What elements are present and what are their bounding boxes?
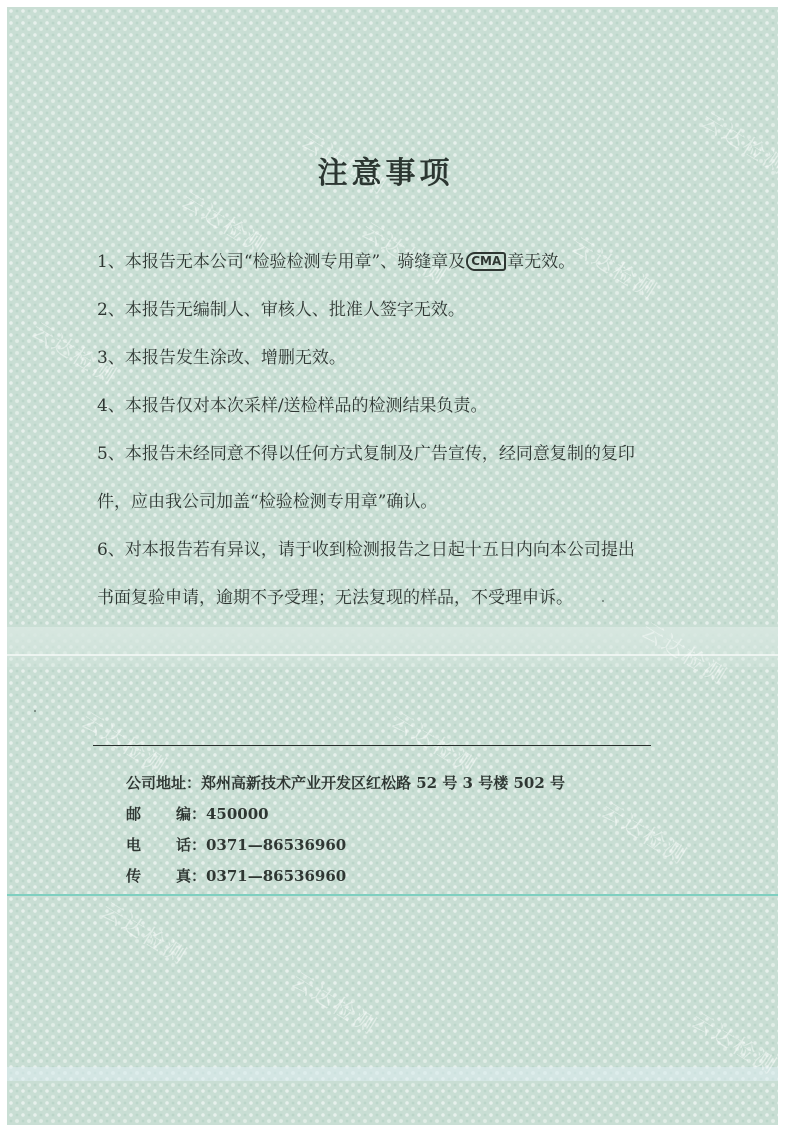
note-item-2: 2、本报告无编制人、审核人、批准人签字无效。: [97, 286, 717, 334]
paper-band: [7, 654, 778, 656]
fax-row: 传 真： 0371—86536960: [126, 865, 565, 896]
address-row: 公司地址： 郑州高新技术产业开发区红松路 52 号 3 号楼 502 号: [126, 772, 565, 803]
note-number: 3、: [97, 348, 125, 368]
paper-band: [7, 1067, 778, 1081]
watermark: 云达检测: [636, 614, 734, 691]
note-number: 2、: [97, 300, 125, 320]
watermark: 云达检测: [686, 1004, 778, 1081]
note-text: 本报告仅对本次采样/送检样品的检测结果负责。: [125, 396, 488, 416]
contact-block: 公司地址： 郑州高新技术产业开发区红松路 52 号 3 号楼 502 号 邮 编…: [126, 772, 565, 896]
phone-label-part: 话：: [176, 834, 206, 865]
note-number: 4、: [97, 396, 125, 416]
phone-value: 0371—86536960: [206, 834, 346, 865]
note-number: 1、: [97, 252, 125, 272]
note-text: 本报告无本公司“检验检测专用章”、骑缝章及: [125, 252, 465, 272]
divider: [93, 745, 651, 746]
fax-label-part: 真：: [176, 865, 206, 896]
note-number: 6、: [97, 540, 125, 560]
note-text-continued: 件，应由我公司加盖“检验检测专用章”确认。: [97, 492, 437, 512]
note-text-continued: 书面复验申请，逾期不予受理；无法复现的样品，不受理申诉。: [97, 588, 573, 608]
address-value: 郑州高新技术产业开发区红松路 52 号 3 号楼 502 号: [201, 772, 565, 803]
note-text: 对本报告若有异议，请于收到检测报告之日起十五日内向本公司提出: [125, 540, 635, 560]
fax-label: 传 真：: [126, 865, 206, 896]
phone-row: 电 话： 0371—86536960: [126, 834, 565, 865]
postcode-row: 邮 编： 450000: [126, 803, 565, 834]
phone-label-part: 电: [126, 834, 141, 865]
postcode-label: 邮 编：: [126, 803, 206, 834]
watermark: 云达检测: [96, 894, 194, 971]
postcode-value: 450000: [206, 803, 269, 834]
fax-label-part: 传: [126, 865, 141, 896]
phone-label: 电 话：: [126, 834, 206, 865]
note-text: 本报告无编制人、审核人、批准人签字无效。: [125, 300, 465, 320]
watermark: 云达检测: [76, 704, 174, 781]
watermark: 云达检测: [596, 794, 694, 871]
note-number: 5、: [97, 444, 125, 464]
watermark: 云达检测: [386, 704, 484, 781]
paper-band: [7, 627, 778, 667]
postcode-label-part: 编：: [176, 803, 206, 834]
speck: [34, 710, 36, 712]
note-text: 本报告未经同意不得以任何方式复制及广告宣传，经同意复制的复印: [125, 444, 635, 464]
note-item-6: 6、对本报告若有异议，请于收到检测报告之日起十五日内向本公司提出 书面复验申请，…: [97, 526, 717, 622]
notes-list: 1、本报告无本公司“检验检测专用章”、骑缝章及CMA章无效。 2、本报告无编制人…: [97, 238, 717, 622]
cma-badge-icon: CMA: [466, 252, 506, 271]
note-text: 章无效。: [507, 252, 575, 272]
postcode-label-part: 邮: [126, 803, 141, 834]
note-item-4: 4、本报告仅对本次采样/送检样品的检测结果负责。: [97, 382, 717, 430]
address-label: 公司地址：: [126, 772, 201, 803]
watermark: 云达检测: [286, 964, 384, 1041]
fax-value: 0371—86536960: [206, 865, 346, 896]
note-item-1: 1、本报告无本公司“检验检测专用章”、骑缝章及CMA章无效。: [97, 238, 717, 286]
note-item-5: 5、本报告未经同意不得以任何方式复制及广告宣传，经同意复制的复印 件，应由我公司…: [97, 430, 717, 526]
note-item-3: 3、本报告发生涂改、增删无效。: [97, 334, 717, 382]
note-text: 本报告发生涂改、增删无效。: [125, 348, 346, 368]
page-title: 注意事项: [0, 148, 771, 192]
